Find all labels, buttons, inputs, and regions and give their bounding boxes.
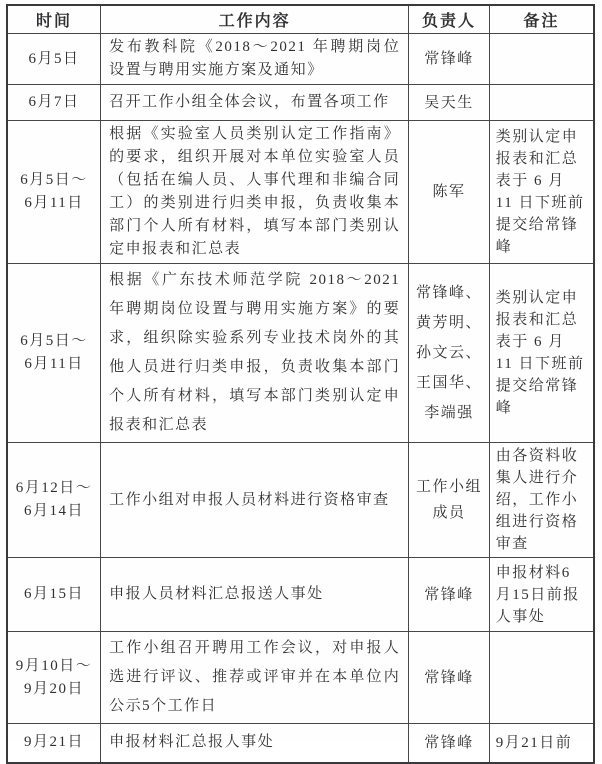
cell-owner: 吴天生: [409, 85, 490, 121]
cell-owner: 常锋峰: [409, 632, 490, 724]
cell-content: 工作小组召开聘用工作会议，对申报人选进行评议、推荐或评审并在本单位内公示5个工作…: [101, 632, 409, 724]
cell-note: 申报材料6月15日前报人事处: [489, 558, 594, 632]
header-time: 时间: [7, 5, 101, 34]
cell-content: 发布教科院《2018～2021 年聘期岗位设置与聘用实施方案及通知》: [101, 34, 409, 85]
cell-note: [489, 632, 594, 724]
cell-note: [489, 34, 594, 85]
header-owner: 负责人: [409, 5, 490, 34]
cell-content: 根据《实验室人员类别认定工作指南》的要求，组织开展对本单位实验室人员（包括在编人…: [101, 121, 409, 264]
cell-content: 申报材料汇总报人事处: [101, 724, 409, 763]
table-row: 6月7日 召开工作小组全体会议，布置各项工作 吴天生: [7, 85, 594, 121]
cell-time: 9月21日: [7, 724, 101, 763]
cell-time: 6月5日: [7, 34, 101, 85]
cell-time: 6月5日～ 6月11日: [7, 264, 101, 443]
cell-time: 9月10日～ 9月20日: [7, 632, 101, 724]
table-row: 9月21日 申报材料汇总报人事处 常锋峰 9月21日前: [7, 724, 594, 763]
cell-note: [489, 85, 594, 121]
cell-content: 根据《广东技术师范学院 2018～2021 年聘期岗位设置与聘用实施方案》的要求…: [101, 264, 409, 443]
cell-owner: 常锋峰: [409, 558, 490, 632]
cell-note: 由各资料收集人进行介绍，工作小组进行资格审查: [489, 443, 594, 558]
cell-content: 召开工作小组全体会议，布置各项工作: [101, 85, 409, 121]
cell-time: 6月12日～ 6月14日: [7, 443, 101, 558]
cell-note: 类别认定申报表和汇总表于 6 月 11 日下班前提交给常锋峰: [489, 121, 594, 264]
table-header-row: 时间 工作内容 负责人 备注: [7, 5, 594, 34]
cell-time: 6月7日: [7, 85, 101, 121]
cell-owner: 陈军: [409, 121, 490, 264]
cell-content: 申报人员材料汇总报送人事处: [101, 558, 409, 632]
cell-owner: 常锋峰: [409, 34, 490, 85]
work-schedule-table: 时间 工作内容 负责人 备注 6月5日 发布教科院《2018～2021 年聘期岗…: [6, 4, 595, 764]
cell-time: 6月15日: [7, 558, 101, 632]
table-row: 6月15日 申报人员材料汇总报送人事处 常锋峰 申报材料6月15日前报人事处: [7, 558, 594, 632]
cell-owner: 常锋峰、黄芳明、孙文云、王国华、李端强: [409, 264, 490, 443]
cell-owner: 常锋峰: [409, 724, 490, 763]
table-row: 6月12日～ 6月14日 工作小组对申报人员材料进行资格审查 工作小组成员 由各…: [7, 443, 594, 558]
header-note: 备注: [489, 5, 594, 34]
cell-owner: 工作小组成员: [409, 443, 490, 558]
header-content: 工作内容: [101, 5, 409, 34]
cell-time: 6月5日～ 6月11日: [7, 121, 101, 264]
table-row: 6月5日～ 6月11日 根据《实验室人员类别认定工作指南》的要求，组织开展对本单…: [7, 121, 594, 264]
document-page: 时间 工作内容 负责人 备注 6月5日 发布教科院《2018～2021 年聘期岗…: [0, 0, 602, 741]
table-row: 9月10日～ 9月20日 工作小组召开聘用工作会议，对申报人选进行评议、推荐或评…: [7, 632, 594, 724]
table-row: 6月5日～ 6月11日 根据《广东技术师范学院 2018～2021 年聘期岗位设…: [7, 264, 594, 443]
table-row: 6月5日 发布教科院《2018～2021 年聘期岗位设置与聘用实施方案及通知》 …: [7, 34, 594, 85]
cell-note: 9月21日前: [489, 724, 594, 763]
cell-note: 类别认定申报表和汇总表于 6 月 11 日下班前提交给常锋峰: [489, 264, 594, 443]
cell-content: 工作小组对申报人员材料进行资格审查: [101, 443, 409, 558]
